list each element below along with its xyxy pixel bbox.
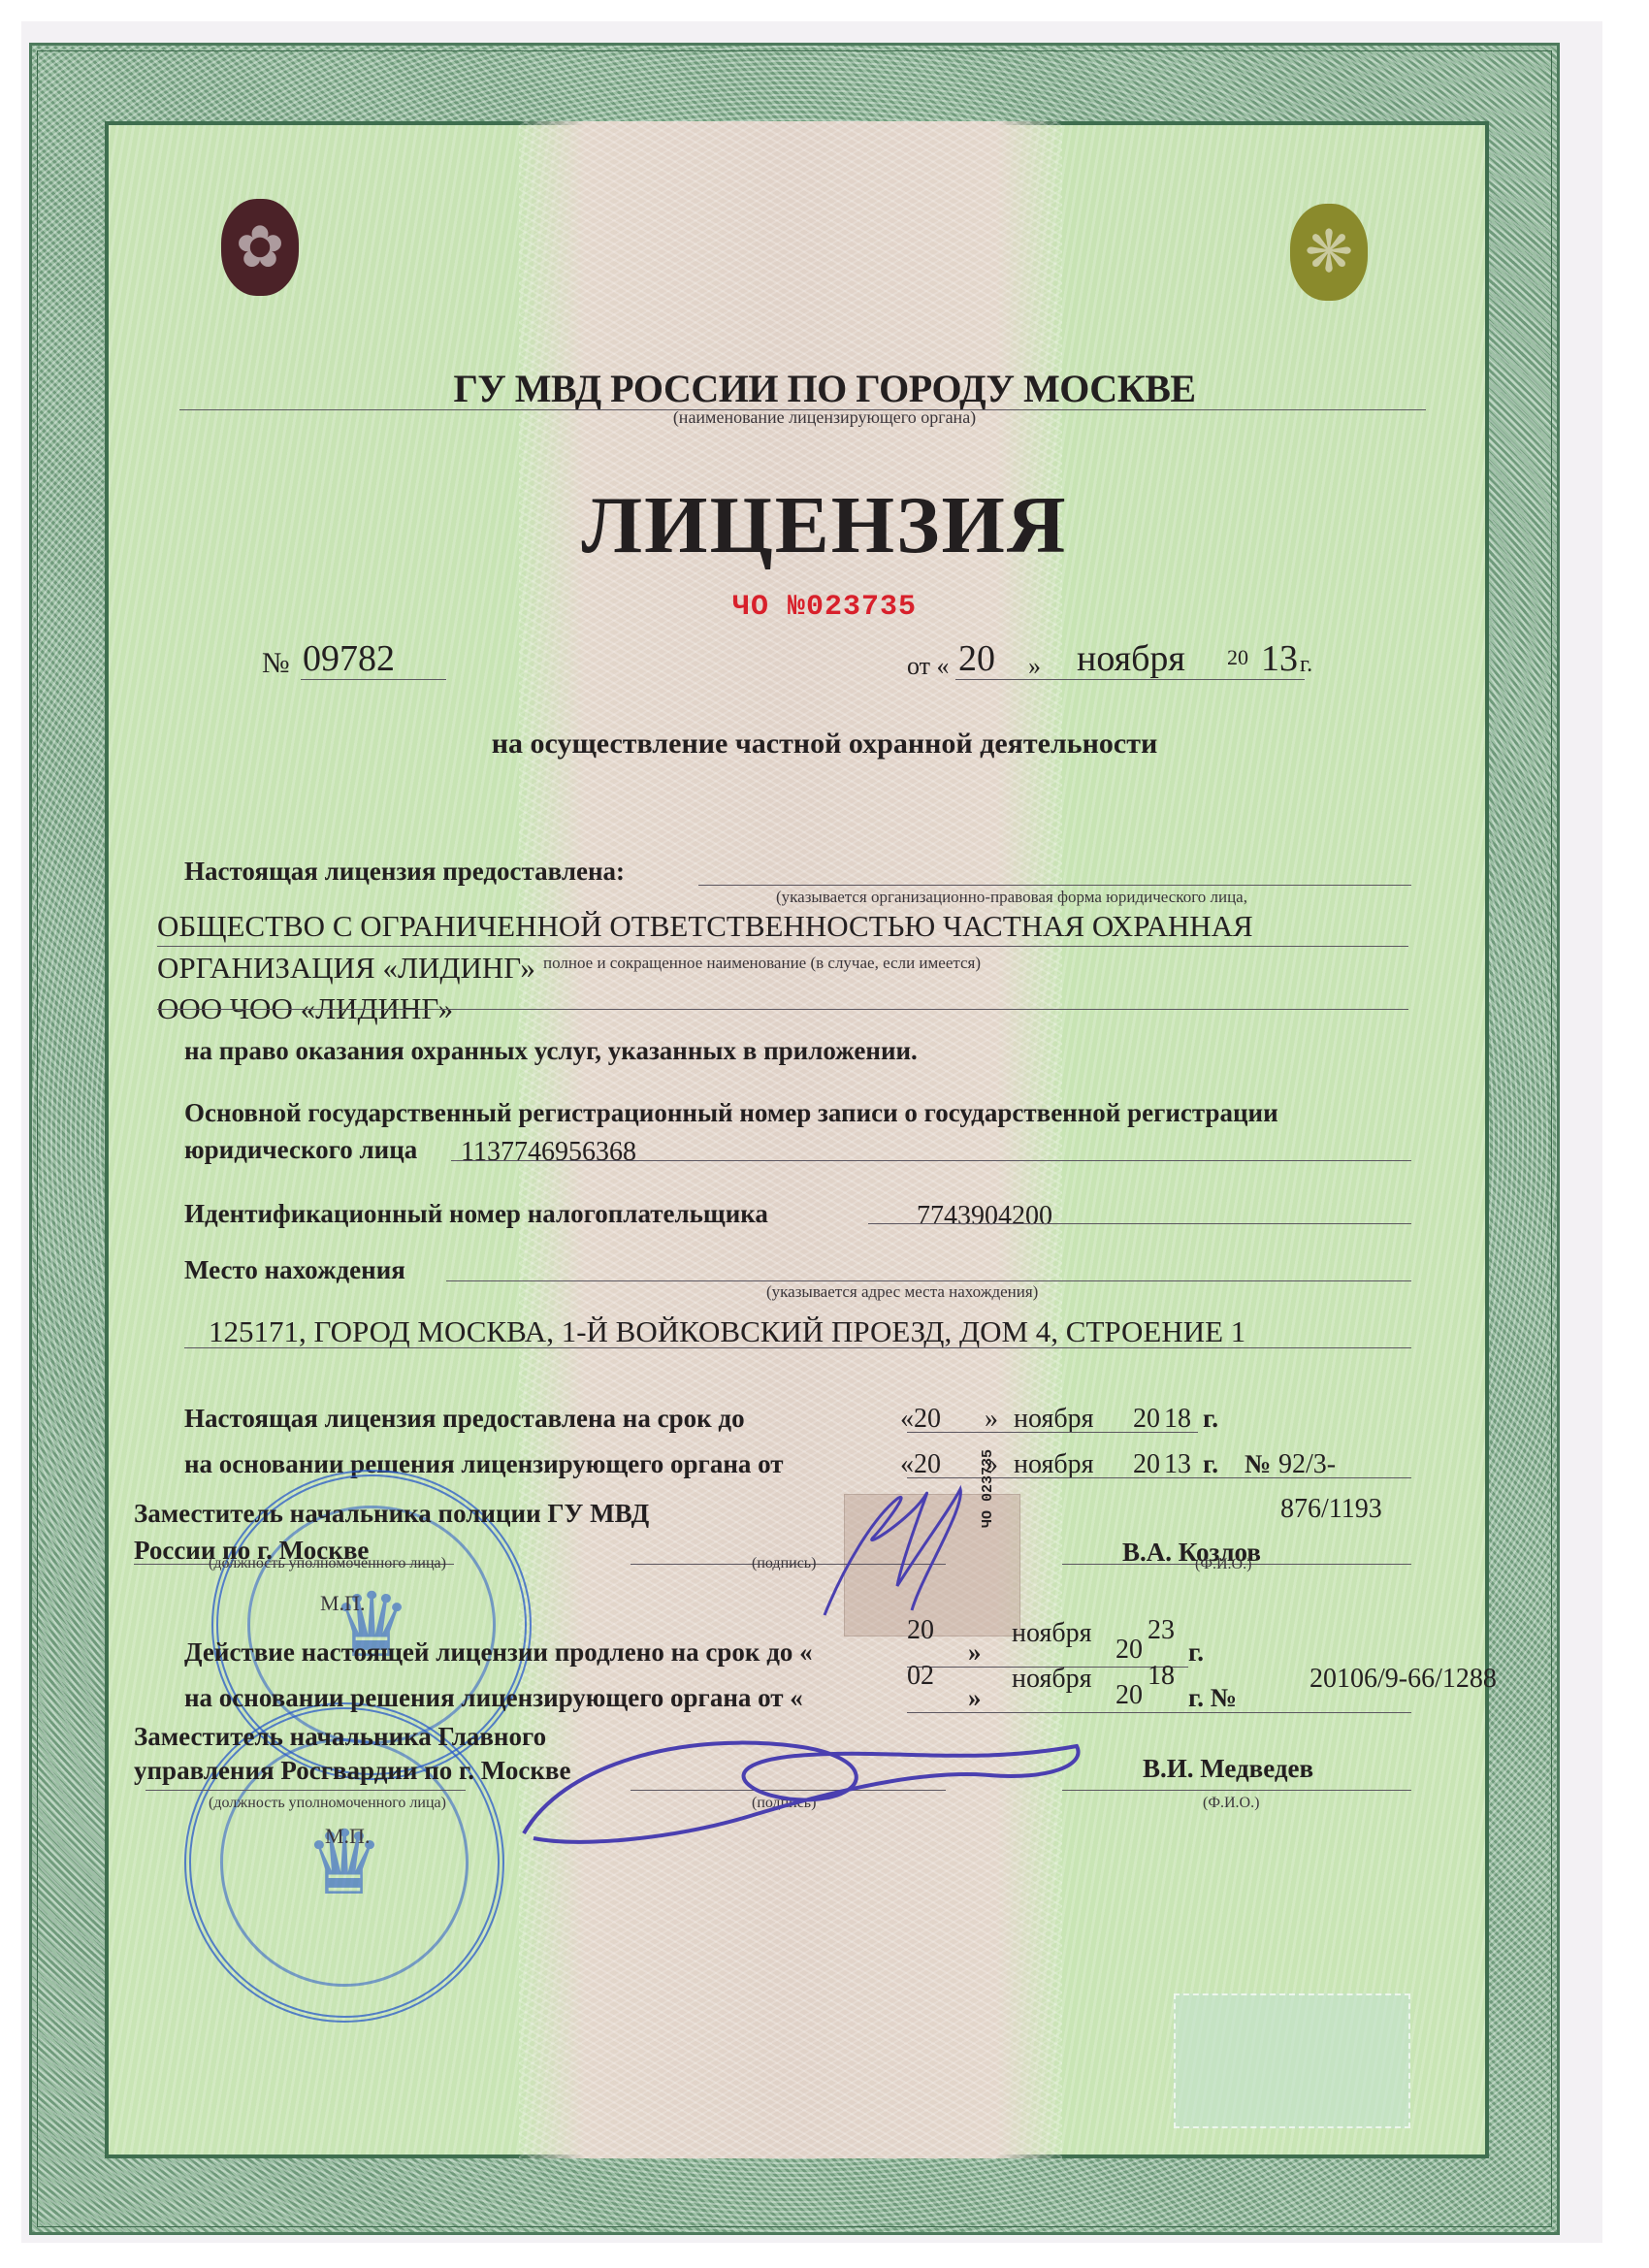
term-valid-close-quote: » xyxy=(985,1404,998,1435)
term-valid-year-suffix: г. xyxy=(1203,1404,1218,1434)
licensee-caption-1: (указывается организационно-правовая фор… xyxy=(776,888,1247,907)
term-basis-year-prefix: 20 xyxy=(1133,1449,1160,1480)
extension-basis-month: ноября xyxy=(1012,1664,1091,1695)
signatory-2-name-caption: (Ф.И.О.) xyxy=(1203,1795,1259,1812)
ogrn-underline xyxy=(451,1160,1411,1161)
signatory-1-position-caption: (должность уполномоченного лица) xyxy=(209,1555,446,1572)
address-label: Место нахождения xyxy=(184,1255,405,1285)
ogrn-label-1: Основной государственный регистрационный… xyxy=(184,1098,1278,1128)
extension-basis-day: 02 xyxy=(907,1661,934,1692)
date-day: 20 xyxy=(958,637,995,680)
extension-year-prefix: 20 xyxy=(1115,1635,1143,1666)
date-prefix: от « xyxy=(907,652,950,681)
extension-basis-number: 20106/9-66/1288 xyxy=(1309,1664,1497,1695)
extension-basis-year: 18 xyxy=(1148,1661,1175,1692)
watermark-window xyxy=(1174,1993,1410,2128)
term-basis-month: ноября xyxy=(1014,1449,1093,1480)
signatory-2-position-underline xyxy=(145,1790,466,1791)
license-purpose: на осуществление частной охранной деятел… xyxy=(0,728,1649,761)
rosette-emblem-right-icon: ❋ xyxy=(1290,204,1368,301)
extension-close-quote: » xyxy=(968,1637,982,1668)
term-valid-label: Настоящая лицензия предоставлена на срок… xyxy=(184,1404,745,1434)
term-basis-number-1: 92/3- xyxy=(1278,1449,1336,1480)
term-valid-day: 20 xyxy=(914,1404,941,1435)
extension-basis-underline xyxy=(907,1712,1411,1713)
inn-underline xyxy=(868,1223,1411,1224)
date-year: 13 xyxy=(1261,637,1298,680)
licensee-underline-3 xyxy=(157,1009,1408,1010)
term-valid-year-prefix: 20 xyxy=(1133,1404,1160,1435)
address-underline-1 xyxy=(446,1280,1411,1281)
term-basis-label: на основании решения лицензирующего орга… xyxy=(184,1449,784,1479)
term-basis-number-label: № xyxy=(1245,1449,1271,1479)
extension-basis-year-prefix: 20 xyxy=(1115,1680,1143,1711)
license-number: 09782 xyxy=(303,637,395,680)
licensee-full-name-1: ОБЩЕСТВО С ОГРАНИЧЕННОЙ ОТВЕТСТВЕННОСТЬЮ… xyxy=(157,909,1253,944)
extension-month: ноября xyxy=(1012,1618,1091,1649)
signature-2-icon xyxy=(504,1727,1106,1853)
ogrn-value: 1137746956368 xyxy=(461,1137,636,1168)
address-underline-2 xyxy=(184,1347,1411,1348)
signatory-1-seal-label: М.П. xyxy=(320,1591,365,1616)
extension-year-suffix: г. xyxy=(1188,1637,1204,1668)
signature-1-icon xyxy=(805,1479,999,1625)
term-basis-open-quote: « xyxy=(900,1449,914,1480)
rosette-emblem-left-icon: ✿ xyxy=(221,199,299,296)
extension-year: 23 xyxy=(1148,1615,1175,1646)
term-valid-open-quote: « xyxy=(900,1404,914,1435)
address-caption: (указывается адрес места нахождения) xyxy=(766,1282,1038,1302)
signatory-2-name: В.И. Медведев xyxy=(1143,1754,1313,1784)
license-number-underline xyxy=(301,679,446,680)
term-basis-year-suffix: г. xyxy=(1203,1449,1218,1479)
inn-label: Идентификационный номер налогоплательщик… xyxy=(184,1199,768,1229)
signatory-1-name-caption: (Ф.И.О.) xyxy=(1195,1556,1251,1573)
extension-day: 20 xyxy=(907,1615,934,1646)
signatory-2-seal-label: М.П. xyxy=(325,1824,370,1849)
signatory-2-position-caption: (должность уполномоченного лица) xyxy=(209,1795,446,1812)
term-basis-day: 20 xyxy=(914,1449,941,1480)
term-valid-year: 18 xyxy=(1164,1404,1191,1435)
extension-basis-close-quote: » xyxy=(968,1683,982,1713)
date-suffix: г. xyxy=(1300,652,1312,678)
signatory-2-position-1: Заместитель начальника Главного xyxy=(134,1722,546,1752)
issuer-name: ГУ МВД РОССИИ ПО ГОРОДУ МОСКВЕ xyxy=(0,366,1649,411)
licensee-underline-1 xyxy=(698,885,1411,886)
issuer-caption: (наименование лицензирующего органа) xyxy=(0,407,1649,428)
term-valid-underline xyxy=(907,1432,1198,1433)
ogrn-label-2: юридического лица xyxy=(184,1135,417,1165)
licensee-rights: на право оказания охранных услуг, указан… xyxy=(184,1036,918,1066)
date-underline xyxy=(955,679,1305,680)
signatory-2-name-line xyxy=(1062,1790,1411,1791)
extension-basis-number-label: г. № xyxy=(1188,1683,1237,1713)
licensee-caption-2: полное и сокращенное наименование (в слу… xyxy=(543,954,981,973)
term-valid-month: ноября xyxy=(1014,1404,1093,1435)
term-basis-year: 13 xyxy=(1164,1449,1191,1480)
licensee-full-name-2: ОРГАНИЗАЦИЯ «ЛИДИНГ» xyxy=(157,951,535,986)
date-month: ноября xyxy=(1077,637,1185,680)
date-century: 20 xyxy=(1227,645,1248,670)
inn-value: 7743904200 xyxy=(917,1201,1052,1232)
extension-basis-label: на основании решения лицензирующего орга… xyxy=(184,1683,803,1713)
document-title: ЛИЦЕНЗИЯ xyxy=(0,478,1649,572)
licensee-underline-2 xyxy=(157,946,1408,947)
term-basis-number-2: 876/1193 xyxy=(1280,1494,1382,1525)
address-value: 125171, ГОРОД МОСКВА, 1-Й ВОЙКОВСКИЙ ПРО… xyxy=(209,1314,1245,1349)
blank-serial-number: ЧО №023735 xyxy=(0,591,1649,624)
license-number-label: № xyxy=(262,647,290,680)
signatory-1-position-1: Заместитель начальника полиции ГУ МВД xyxy=(134,1499,649,1529)
date-close-quote: » xyxy=(1028,652,1041,681)
licensee-label: Настоящая лицензия предоставлена: xyxy=(184,857,625,887)
extension-label: Действие настоящей лицензии продлено на … xyxy=(184,1637,813,1668)
